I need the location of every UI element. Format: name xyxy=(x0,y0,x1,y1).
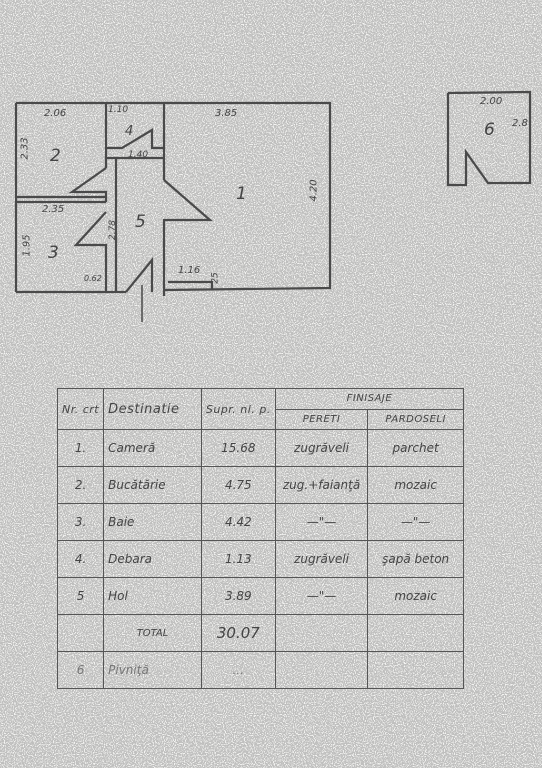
dimension-label: 2.00 xyxy=(480,96,502,107)
dimension-label: 2.78 xyxy=(108,220,118,240)
header-finishes: FINISAJE xyxy=(275,389,463,410)
cell-area: 3.89 xyxy=(201,578,275,615)
table-row: 5Hol3.89—"—mozaic xyxy=(58,578,464,615)
dimension-label: 2.8 xyxy=(512,118,528,129)
cell-walls: —"— xyxy=(275,578,367,615)
room-label: 3 xyxy=(48,243,59,263)
cell-destination: Cameră xyxy=(104,430,202,467)
dimension-label: 2.06 xyxy=(44,108,66,119)
cell-area: 4.75 xyxy=(201,467,275,504)
cell-floors: şapă beton xyxy=(368,541,464,578)
cell-nr: 3. xyxy=(58,504,104,541)
cell-destination: Baie xyxy=(104,504,202,541)
floor-plan: 1 3.85 4.20 2 2.06 2.33 3 2.35 1.95 4 1.… xyxy=(0,0,542,330)
cell-nr: 4. xyxy=(58,541,104,578)
cell-nr: 5 xyxy=(58,578,104,615)
total-label: TOTAL xyxy=(104,615,202,652)
header-floors: PARDOSELI xyxy=(368,409,464,430)
room-label: 2 xyxy=(50,146,61,166)
cell-destination: Debara xyxy=(104,541,202,578)
cell-walls: zugrăveli xyxy=(275,541,367,578)
table-row: 4.Debara1.13zugrăvelişapă beton xyxy=(58,541,464,578)
cell-area: 1.13 xyxy=(201,541,275,578)
cell-nr: 6 xyxy=(58,652,104,689)
cell-destination: Pivniţă xyxy=(104,652,202,689)
dimension-label: 2.33 xyxy=(20,137,31,159)
dimension-label: 4.20 xyxy=(309,179,320,201)
dimension-label: 1.16 xyxy=(178,265,200,276)
floor-plan-walls xyxy=(0,0,542,330)
cell-area: 4.42 xyxy=(201,504,275,541)
dimension-label: 25 xyxy=(211,272,221,283)
room-label: 1 xyxy=(236,184,247,204)
cell-destination: Hol xyxy=(104,578,202,615)
dimension-label: 1.10 xyxy=(108,105,128,115)
total-row: TOTAL 30.07 xyxy=(58,615,464,652)
cell-walls: zugrăveli xyxy=(275,430,367,467)
header-area: Supr. nl. p. xyxy=(201,389,275,430)
cell-walls: zug.+faianţă xyxy=(275,467,367,504)
table-row: 2.Bucătărie4.75zug.+faianţămozaic xyxy=(58,467,464,504)
dimension-label: 3.85 xyxy=(215,108,237,119)
cell-nr: 2. xyxy=(58,467,104,504)
header-nr: Nr. crt xyxy=(58,389,104,430)
finishes-table: Nr. crt Destinatie Supr. nl. p. FINISAJE… xyxy=(57,388,464,689)
dimension-label: 0.62 xyxy=(84,274,102,283)
cell-destination: Bucătărie xyxy=(104,467,202,504)
header-walls: PERETI xyxy=(275,409,367,430)
cell-floors: mozaic xyxy=(368,467,464,504)
table-row: 3.Baie4.42—"——"— xyxy=(58,504,464,541)
cell-area: ... xyxy=(201,652,275,689)
table-row: 1.Cameră15.68zugrăveliparchet xyxy=(58,430,464,467)
cell-floors: mozaic xyxy=(368,578,464,615)
cell-floors: —"— xyxy=(368,504,464,541)
room-label: 5 xyxy=(135,212,146,232)
dimension-label: 2.35 xyxy=(42,204,64,215)
cell-walls: —"— xyxy=(275,504,367,541)
header-destination: Destinatie xyxy=(104,389,202,430)
room-label: 6 xyxy=(484,120,495,140)
table-row: 6 Pivniţă ... xyxy=(58,652,464,689)
dimension-label: 1.40 xyxy=(128,150,148,160)
dimension-label: 1.95 xyxy=(22,234,33,256)
cell-area: 15.68 xyxy=(201,430,275,467)
room-label: 4 xyxy=(125,124,133,139)
total-value: 30.07 xyxy=(201,615,275,652)
cell-floors: parchet xyxy=(368,430,464,467)
cell-nr: 1. xyxy=(58,430,104,467)
